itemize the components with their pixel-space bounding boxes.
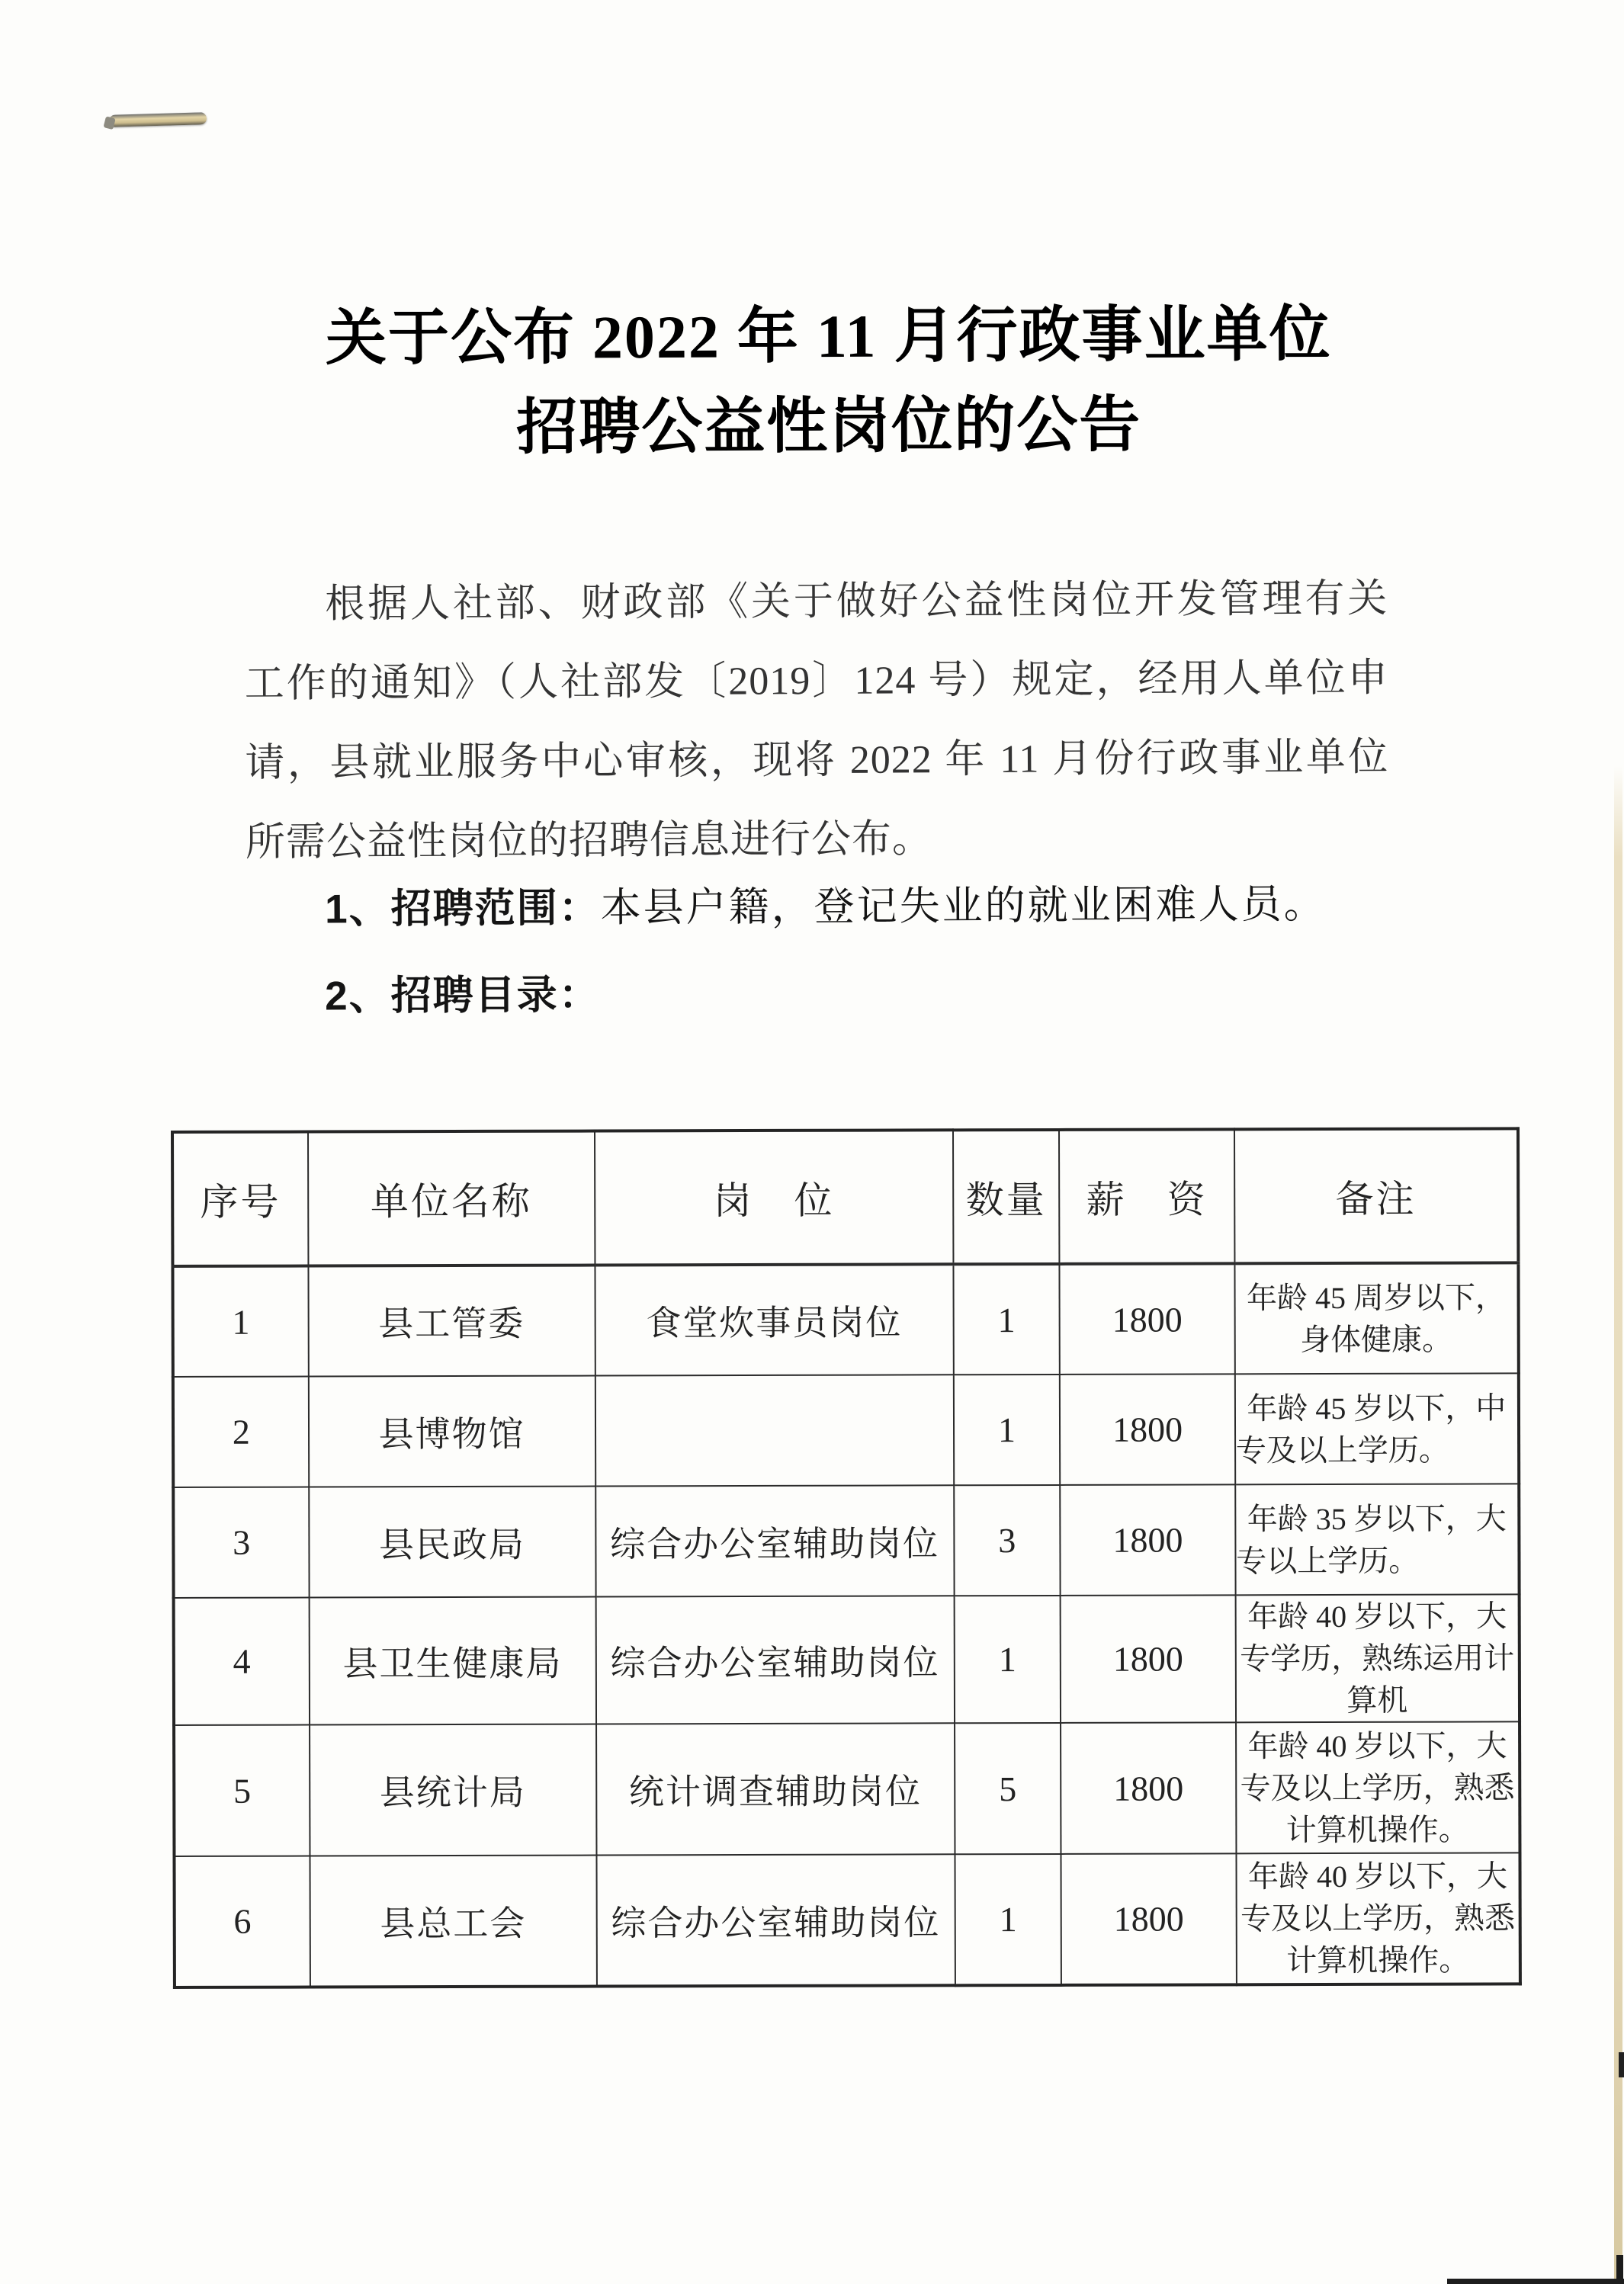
- table-row: 1 县工管委 食堂炊事员岗位 1 1800 年龄 45 周岁以下，身体健康。: [172, 1262, 1518, 1377]
- cell-no: 1: [172, 1266, 308, 1377]
- cell-count: 1: [955, 1854, 1061, 1985]
- cell-remark: 年龄 40 岁以下，大专及以上学历，熟悉计算机操作。: [1236, 1853, 1520, 1984]
- cell-unit: 县总工会: [310, 1856, 597, 1987]
- cell-remark: 年龄 40 岁以下，大专学历，熟练运用计算机: [1235, 1594, 1520, 1722]
- header-cell-count: 数量: [953, 1130, 1060, 1264]
- document-title-line-1: 关于公布 2022 年 11 月行政事业单位: [16, 288, 1624, 385]
- cell-post: [595, 1375, 953, 1486]
- list-item-recruit-scope: 1、招聘范围：本县户籍，登记失业的就业困难人员。: [244, 876, 1583, 938]
- cell-salary: 1800: [1061, 1853, 1237, 1985]
- document-title-line-2: 招聘公益性岗位的公告: [17, 378, 1624, 475]
- recruitment-table-container: 序号 单位名称 岗 位 数量 薪 资 备注 1 县工管委 食堂炊事员岗位 1 1…: [171, 1127, 1522, 1989]
- cell-unit: 县工管委: [308, 1266, 595, 1377]
- recruitment-table: 序号 单位名称 岗 位 数量 薪 资 备注 1 县工管委 食堂炊事员岗位 1 1…: [171, 1127, 1522, 1989]
- scan-pen-mark: [109, 112, 207, 127]
- list-item-label: 1、招聘范围：: [325, 886, 601, 932]
- cell-count: 5: [955, 1723, 1061, 1854]
- table-header-row: 序号 单位名称 岗 位 数量 薪 资 备注: [172, 1128, 1518, 1266]
- cell-no: 5: [174, 1725, 310, 1856]
- cell-count: 1: [954, 1375, 1061, 1485]
- cell-unit: 县博物馆: [308, 1376, 595, 1487]
- cell-count: 1: [953, 1264, 1060, 1375]
- cell-remark: 年龄 45 周岁以下，身体健康。: [1234, 1262, 1519, 1374]
- list-item-recruit-catalog: 2、招聘目录：: [244, 963, 1583, 1025]
- table-row: 5 县统计局 统计调查辅助岗位 5 1800 年龄 40 岁以下，大专及以上学历…: [174, 1721, 1520, 1856]
- document-page: 关于公布 2022 年 11 月行政事业单位 招聘公益性岗位的公告 根据人社部、…: [0, 0, 1624, 2284]
- cell-unit: 县民政局: [309, 1487, 595, 1598]
- list-item-label: 2、招聘目录：: [325, 973, 601, 1019]
- cell-post: 综合办公室辅助岗位: [595, 1485, 954, 1596]
- paragraph-line: 所需公益性岗位的招聘信息进行公布。: [246, 797, 1390, 883]
- cell-remark: 年龄 35 岁以下，大专以上学历。: [1235, 1484, 1520, 1595]
- cell-no: 2: [173, 1377, 309, 1487]
- cell-count: 1: [954, 1596, 1061, 1723]
- cell-count: 3: [954, 1485, 1061, 1596]
- header-cell-unit: 单位名称: [308, 1131, 595, 1266]
- cell-no: 4: [174, 1598, 310, 1725]
- cell-no: 3: [173, 1487, 309, 1598]
- cell-post: 食堂炊事员岗位: [595, 1264, 953, 1375]
- scan-edge-mark: [1619, 2052, 1624, 2077]
- paragraph-line: 工作的通知》（人社部发〔2019〕124 号）规定，经用人单位申: [245, 639, 1389, 724]
- table-row: 3 县民政局 综合办公室辅助岗位 3 1800 年龄 35 岁以下，大专以上学历…: [173, 1484, 1519, 1598]
- cell-post: 综合办公室辅助岗位: [595, 1596, 954, 1724]
- cell-unit: 县统计局: [310, 1724, 597, 1856]
- cell-salary: 1800: [1061, 1595, 1236, 1723]
- cell-unit: 县卫生健康局: [309, 1597, 596, 1725]
- cell-remark: 年龄 40 岁以下，大专及以上学历，熟悉计算机操作。: [1236, 1721, 1520, 1853]
- cell-no: 6: [174, 1856, 310, 1987]
- header-cell-no: 序号: [172, 1132, 308, 1266]
- header-cell-salary: 薪 资: [1059, 1129, 1234, 1264]
- scan-edge-shadow: [1447, 2279, 1624, 2284]
- document-title: 关于公布 2022 年 11 月行政事业单位 招聘公益性岗位的公告: [16, 288, 1624, 475]
- paragraph-line: 根据人社部、财政部《关于做好公益性岗位开发管理有关: [244, 560, 1388, 645]
- cell-remark: 年龄 45 岁以下，中专及以上学历。: [1235, 1373, 1520, 1484]
- cell-salary: 1800: [1061, 1722, 1236, 1854]
- paragraph-line: 请，县就业服务中心审核，现将 2022 年 11 月份行政事业单位: [245, 718, 1389, 804]
- body-paragraph: 根据人社部、财政部《关于做好公益性岗位开发管理有关 工作的通知》（人社部发〔20…: [244, 560, 1389, 883]
- table-row: 4 县卫生健康局 综合办公室辅助岗位 1 1800 年龄 40 岁以下，大专学历…: [174, 1594, 1520, 1725]
- table-row: 6 县总工会 综合办公室辅助岗位 1 1800 年龄 40 岁以下，大专及以上学…: [174, 1853, 1520, 1987]
- header-cell-post: 岗 位: [595, 1130, 953, 1265]
- cell-salary: 1800: [1060, 1263, 1235, 1375]
- list-item-text: 本县户籍，登记失业的就业困难人员。: [601, 882, 1327, 931]
- cell-post: 综合办公室辅助岗位: [596, 1854, 955, 1986]
- table-row: 2 县博物馆 1 1800 年龄 45 岁以下，中专及以上学历。: [173, 1373, 1519, 1487]
- cell-salary: 1800: [1061, 1484, 1236, 1596]
- cell-salary: 1800: [1060, 1374, 1235, 1485]
- header-cell-remark: 备注: [1234, 1128, 1519, 1263]
- cell-post: 统计调查辅助岗位: [596, 1723, 955, 1855]
